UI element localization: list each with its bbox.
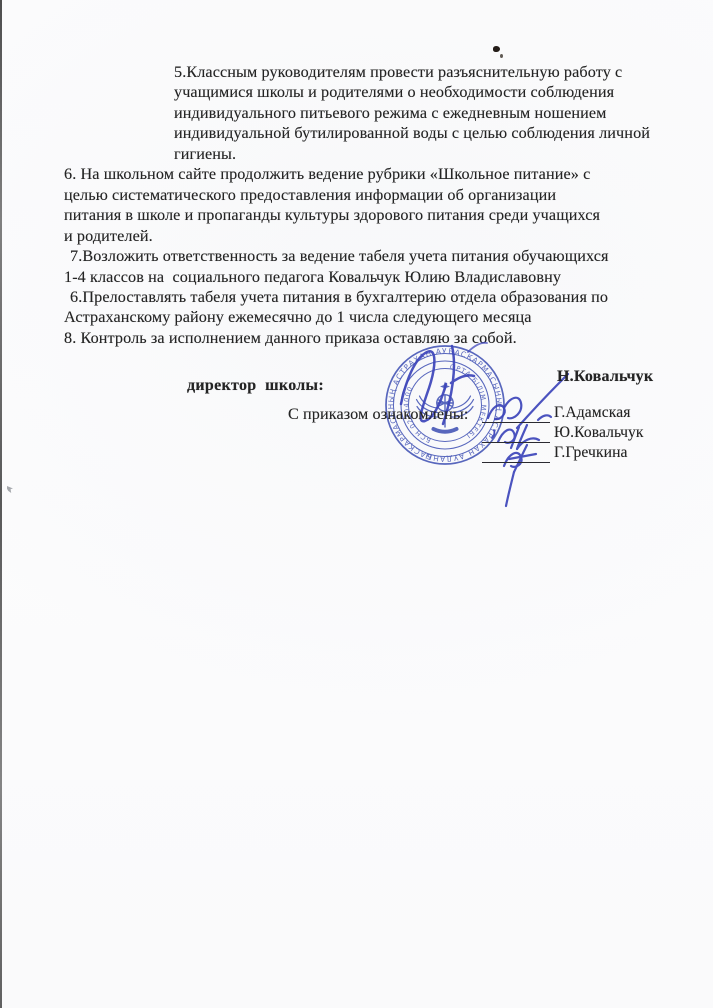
director-label: директор школы: <box>187 377 324 395</box>
signature-line <box>482 442 550 443</box>
order-line: 6.Прелоставлять табеля учета питания в б… <box>64 287 664 307</box>
order-line: индивидуального питьевого режима с ежедн… <box>64 103 664 123</box>
order-line: гигиены. <box>64 144 664 164</box>
acknowledged-label: С приказом ознакомлены: <box>288 405 468 424</box>
director-name: Н.Ковальчук <box>557 368 653 386</box>
order-line: 5.Классным руководителям провести разъяс… <box>64 62 664 82</box>
order-line: и родителей. <box>64 226 664 246</box>
ink-speck-small <box>500 54 503 58</box>
order-text-block: 5.Классным руководителям провести разъяс… <box>64 62 664 348</box>
signature-line <box>482 422 550 423</box>
signatory-name: Г.Гречкина <box>554 444 628 462</box>
order-line: питания в школе и пропаганды культуры зд… <box>64 205 664 225</box>
acknowledgement-signature-2 <box>492 425 539 449</box>
signatory-name: Ю.Ковальчук <box>554 424 644 442</box>
signatory-name: Г.Адамская <box>554 404 631 422</box>
order-line: целью систематического предоставления ин… <box>64 185 664 205</box>
scanned-document-page: 5.Классным руководителям провести разъяс… <box>0 0 713 1008</box>
signature-line <box>482 462 550 463</box>
order-line: 7.Возложить ответственность за ведение т… <box>64 246 664 266</box>
ink-speck <box>493 46 500 52</box>
order-line: 6. На школьном сайте продолжить ведение … <box>64 164 664 184</box>
order-line: индивидуальной бутилированной воды с цел… <box>64 123 664 143</box>
scan-edge-artifact <box>0 0 2 1008</box>
order-line: 1-4 классов на социального педагога Кова… <box>64 267 664 287</box>
order-line: учащимися школы и родителями о необходим… <box>64 82 664 102</box>
order-line: Астраханскому району ежемесячно до 1 чис… <box>64 307 664 327</box>
acknowledgement-signature-3 <box>504 445 536 506</box>
scan-smudge <box>7 486 13 493</box>
